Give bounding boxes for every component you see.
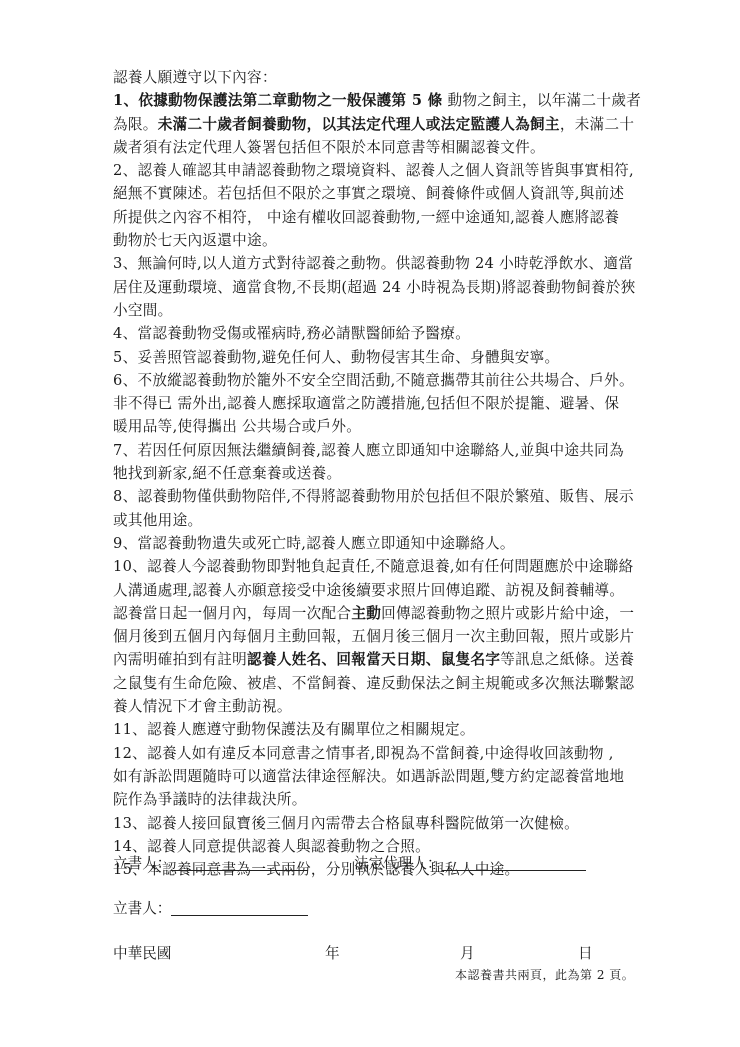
clause-10: 10、認養人今認養動物即對牠負起責任,不隨意退養,如有任何問題應於中途聯絡人溝通… — [113, 555, 630, 718]
clause-line: 3、無論何時,以人道方式對待認養之動物。供認養動物 24 小時乾淨飲水、適當 — [113, 252, 630, 275]
text: 如有訴訟問題隨時可以適當法律途徑解決。如遇訴訟問題,雙方約定認養當地地 — [113, 768, 624, 785]
guardian-signature-line[interactable] — [442, 856, 586, 871]
text: 養人情況下才會主動訪視。 — [113, 698, 292, 715]
clause-line: 養人情況下才會主動訪視。 — [113, 695, 630, 718]
signer-2-label: 立書人： — [113, 900, 171, 917]
clause-line: 居住及運動環境、適當食物,不長期(超過 24 小時視為長期)將認養動物飼養於狹 — [113, 276, 630, 299]
clause-line: 動物於七天內返還中途。 — [113, 229, 630, 252]
date-day-label: 日 — [578, 942, 593, 963]
text: 個月後到五個月內每個月主動回報，五個月後三個月一次主動回報，照片或影片 — [113, 628, 634, 645]
text: 認養當日起一個月內，每周一次配合 — [113, 605, 351, 622]
text: 歲者須有法定代理人簽署包括但不限於本同意書等相關認養文件。 — [113, 139, 545, 156]
text: 牠找到新家,絕不任意棄養或送養。 — [113, 465, 341, 482]
clause-line: 10、認養人今認養動物即對牠負起責任,不隨意退養,如有任何問題應於中途聯絡 — [113, 555, 630, 578]
clause-line: 內需明確拍到有註明認養人姓名、回報當天日期、鼠隻名字等訊息之紙條。送養 — [113, 648, 630, 671]
text: 8、認養動物僅供動物陪伴,不得將認養動物用於包括但不限於繁殖、販售、展示 — [113, 488, 634, 505]
clause-line: 5、妥善照管認養動物,避免任何人、動物侵害其生命、身體與安寧。 — [113, 346, 630, 369]
bold-text: 未滿二十歲者飼養動物，以其法定代理人或法定監護人為飼主 — [158, 116, 560, 133]
text: 人溝通處理,認養人亦願意接受中途後續要求照片回傳追蹤、訪視及飼養輔導。 — [113, 582, 624, 599]
text: 回傳認養動物之照片或影片給中途，一 — [381, 605, 634, 622]
text: 4、當認養動物受傷或罹病時,務必請獸醫師給予醫療。 — [113, 325, 470, 342]
clauses-list: 1、依據動物保護法第二章動物之一般保護第 5 條 動物之飼主，以年滿二十歲者為限… — [113, 89, 630, 881]
text: 或其他用途。 — [113, 512, 202, 529]
agreement-page: 認養人願遵守以下內容： 1、依據動物保護法第二章動物之一般保護第 5 條 動物之… — [113, 66, 630, 881]
text: 為限。 — [113, 116, 158, 133]
clause-line: 8、認養動物僅供動物陪伴,不得將認養動物用於包括但不限於繁殖、販售、展示 — [113, 485, 630, 508]
clause-line: 之鼠隻有生命危險、被虐、不當飼養、違反動保法之飼主規範或多次無法聯繫認 — [113, 672, 630, 695]
clause-4: 4、當認養動物受傷或罹病時,務必請獸醫師給予醫療。 — [113, 322, 630, 345]
clause-line: 小空間。 — [113, 299, 630, 322]
clause-3: 3、無論何時,以人道方式對待認養之動物。供認養動物 24 小時乾淨飲水、適當居住… — [113, 252, 630, 322]
clause-line: 歲者須有法定代理人簽署包括但不限於本同意書等相關認養文件。 — [113, 136, 630, 159]
clause-line: 為限。未滿二十歲者飼養動物，以其法定代理人或法定監護人為飼主，未滿二十 — [113, 113, 630, 136]
clause-5: 5、妥善照管認養動物,避免任何人、動物侵害其生命、身體與安寧。 — [113, 346, 630, 369]
clause-line: 如有訴訟問題隨時可以適當法律途徑解決。如遇訴訟問題,雙方約定認養當地地 — [113, 765, 630, 788]
date-month-label: 月 — [460, 942, 475, 963]
text: 5、妥善照管認養動物,避免任何人、動物侵害其生命、身體與安寧。 — [113, 349, 559, 366]
clause-line: 個月後到五個月內每個月主動回報，五個月後三個月一次主動回報，照片或影片 — [113, 625, 630, 648]
clause-2: 2、認養人確認其申請認養動物之環境資料、認養人之個人資訊等皆與事實相符,絕無不實… — [113, 159, 630, 252]
text: 7、若因任何原因無法繼續飼養,認養人應立即通知中途聯絡人,並與中途共同為 — [113, 442, 624, 459]
clause-12: 12、認養人如有違反本同意書之情事者,即視為不當飼養,中途得收回該動物 ,如有訴… — [113, 742, 630, 812]
text: 暖用品等,使得攜出 公共場合或戶外。 — [113, 418, 361, 435]
clause-line: 13、認養人接回鼠寶後三個月內需帶去合格鼠專科醫院做第一次健檢。 — [113, 812, 630, 835]
clause-8: 8、認養動物僅供動物陪伴,不得將認養動物用於包括但不限於繁殖、販售、展示或其他用… — [113, 485, 630, 532]
clause-line: 2、認養人確認其申請認養動物之環境資料、認養人之個人資訊等皆與事實相符, — [113, 159, 630, 182]
date-year-label: 年 — [325, 942, 340, 963]
signer-1-row: 立書人： — [113, 852, 308, 875]
clause-9: 9、當認養動物遺失或死亡時,認養人應立即通知中途聯絡人。 — [113, 532, 630, 555]
signer-1-signature-line[interactable] — [171, 856, 308, 871]
text: 內需明確拍到有註明 — [113, 651, 247, 668]
clause-line: 所提供之內容不相符， 中途有權收回認養動物,一經中途通知,認養人應將認養 — [113, 206, 630, 229]
clause-line: 認養當日起一個月內，每周一次配合主動回傳認養動物之照片或影片給中途，一 — [113, 602, 630, 625]
clause-13: 13、認養人接回鼠寶後三個月內需帶去合格鼠專科醫院做第一次健檢。 — [113, 812, 630, 835]
text: 所提供之內容不相符， 中途有權收回認養動物,一經中途通知,認養人應將認養 — [113, 209, 619, 226]
text: 10、認養人今認養動物即對牠負起責任,不隨意退養,如有任何問題應於中途聯絡 — [113, 558, 634, 575]
clause-line: 非不得已 需外出,認養人應採取適當之防護措施,包括但不限於提籠、避暑、保 — [113, 392, 630, 415]
clause-line: 9、當認養動物遺失或死亡時,認養人應立即通知中途聯絡人。 — [113, 532, 630, 555]
clause-line: 暖用品等,使得攜出 公共場合或戶外。 — [113, 415, 630, 438]
text: 等訊息之紙條。送養 — [500, 651, 634, 668]
signer-1-label: 立書人： — [113, 855, 171, 872]
clause-line: 4、當認養動物受傷或罹病時,務必請獸醫師給予醫療。 — [113, 322, 630, 345]
text: 非不得已 需外出,認養人應採取適當之防護措施,包括但不限於提籠、避暑、保 — [113, 395, 619, 412]
text: 小空間。 — [113, 302, 173, 319]
bold-text: 1、依據動物保護法第二章動物之一般保護第 5 條 — [113, 92, 443, 109]
clause-11: 11、認養人應遵守動物保護法及有關單位之相關規定。 — [113, 718, 630, 741]
clause-line: 人溝通處理,認養人亦願意接受中途後續要求照片回傳追蹤、訪視及飼養輔導。 — [113, 579, 630, 602]
clause-6: 6、不放縱認養動物於籠外不安全空間活動,不隨意攜帶其前往公共場合、戶外。非不得已… — [113, 369, 630, 439]
text: 11、認養人應遵守動物保護法及有關單位之相關規定。 — [113, 721, 475, 738]
guardian-label: 法定代理人： — [354, 855, 442, 872]
clause-line: 6、不放縱認養動物於籠外不安全空間活動,不隨意攜帶其前往公共場合、戶外。 — [113, 369, 630, 392]
clause-1: 1、依據動物保護法第二章動物之一般保護第 5 條 動物之飼主，以年滿二十歲者為限… — [113, 89, 630, 159]
bold-text: 認養人姓名、回報當天日期、鼠隻名字 — [247, 651, 500, 668]
clause-line: 或其他用途。 — [113, 509, 630, 532]
signer-2-row: 立書人： — [113, 897, 308, 920]
text: 13、認養人接回鼠寶後三個月內需帶去合格鼠專科醫院做第一次健檢。 — [113, 815, 579, 832]
clause-line: 院作為爭議時的法律裁決所。 — [113, 788, 630, 811]
clause-line: 7、若因任何原因無法繼續飼養,認養人應立即通知中途聯絡人,並與中途共同為 — [113, 439, 630, 462]
clause-line: 牠找到新家,絕不任意棄養或送養。 — [113, 462, 630, 485]
text: ，未滿二十 — [560, 116, 634, 133]
text: 9、當認養動物遺失或死亡時,認養人應立即通知中途聯絡人。 — [113, 535, 515, 552]
clause-7: 7、若因任何原因無法繼續飼養,認養人應立即通知中途聯絡人,並與中途共同為牠找到新… — [113, 439, 630, 486]
text: 6、不放縱認養動物於籠外不安全空間活動,不隨意攜帶其前往公共場合、戶外。 — [113, 372, 634, 389]
text: 院作為爭議時的法律裁決所。 — [113, 791, 307, 808]
text: 絕無不實陳述。若包括但不限於之事實之環境、飼養條件或個人資訊等,與前述 — [113, 185, 624, 202]
intro-line: 認養人願遵守以下內容： — [113, 66, 630, 89]
bold-text: 主動 — [351, 605, 381, 622]
page-footer: 本認養書共兩頁，此為第 2 頁。 — [455, 966, 634, 983]
clause-line: 1、依據動物保護法第二章動物之一般保護第 5 條 動物之飼主，以年滿二十歲者 — [113, 89, 630, 112]
text: 動物之飼主，以年滿二十歲者 — [443, 92, 642, 109]
text: 2、認養人確認其申請認養動物之環境資料、認養人之個人資訊等皆與事實相符, — [113, 162, 634, 179]
clause-line: 絕無不實陳述。若包括但不限於之事實之環境、飼養條件或個人資訊等,與前述 — [113, 182, 630, 205]
clause-line: 11、認養人應遵守動物保護法及有關單位之相關規定。 — [113, 718, 630, 741]
text: 3、無論何時,以人道方式對待認養之動物。供認養動物 24 小時乾淨飲水、適當 — [113, 255, 633, 272]
signer-2-signature-line[interactable] — [171, 901, 308, 916]
text: 之鼠隻有生命危險、被虐、不當飼養、違反動保法之飼主規範或多次無法聯繫認 — [113, 675, 634, 692]
text: 12、認養人如有違反本同意書之情事者,即視為不當飼養,中途得收回該動物 , — [113, 745, 614, 762]
text: 動物於七天內返還中途。 — [113, 232, 277, 249]
clause-line: 12、認養人如有違反本同意書之情事者,即視為不當飼養,中途得收回該動物 , — [113, 742, 630, 765]
text: 居住及運動環境、適當食物,不長期(超過 24 小時視為長期)將認養動物飼養於狹 — [113, 279, 636, 296]
date-era-label: 中華民國 — [113, 942, 171, 963]
guardian-row: 法定代理人： — [354, 852, 586, 875]
